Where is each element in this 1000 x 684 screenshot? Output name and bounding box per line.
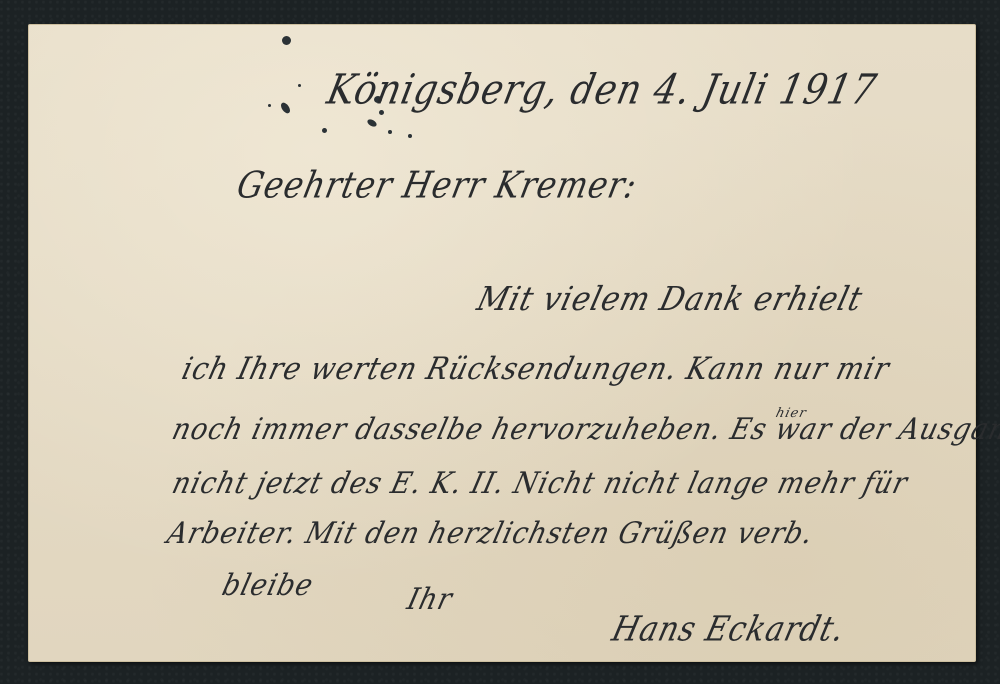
ink-blot	[366, 118, 378, 128]
salutation: Geehrter Herr Kremer:	[233, 163, 641, 207]
closing-word-1: bleibe	[219, 568, 317, 602]
signature: Hans Eckardt.	[608, 609, 849, 649]
postcard: Königsberg, den 4. Juli 1917 Geehrter He…	[28, 24, 976, 662]
place-and-date: Königsberg, den 4. Juli 1917	[323, 67, 881, 114]
ink-blot	[279, 101, 292, 115]
ink-blot	[282, 36, 291, 45]
closing-word-2: Ihr	[404, 582, 456, 616]
body-line-4: nicht jetzt des E. K. II. Nicht nicht la…	[169, 466, 912, 500]
ink-blot	[268, 104, 271, 107]
body-line-5: Arbeiter. Mit den herzlichsten Grüßen ve…	[164, 516, 817, 550]
ink-blot	[298, 84, 301, 87]
ink-blot	[322, 128, 327, 133]
body-line-2: ich Ihre werten Rücksendungen. Kann nur …	[178, 350, 893, 386]
body-line-3: noch immer dasselbe hervorzuheben. Es wa…	[169, 412, 1000, 446]
ink-blot	[388, 130, 392, 134]
body-line-1: Mit vielem Dank erhielt	[473, 280, 867, 319]
ink-blot	[408, 134, 412, 138]
